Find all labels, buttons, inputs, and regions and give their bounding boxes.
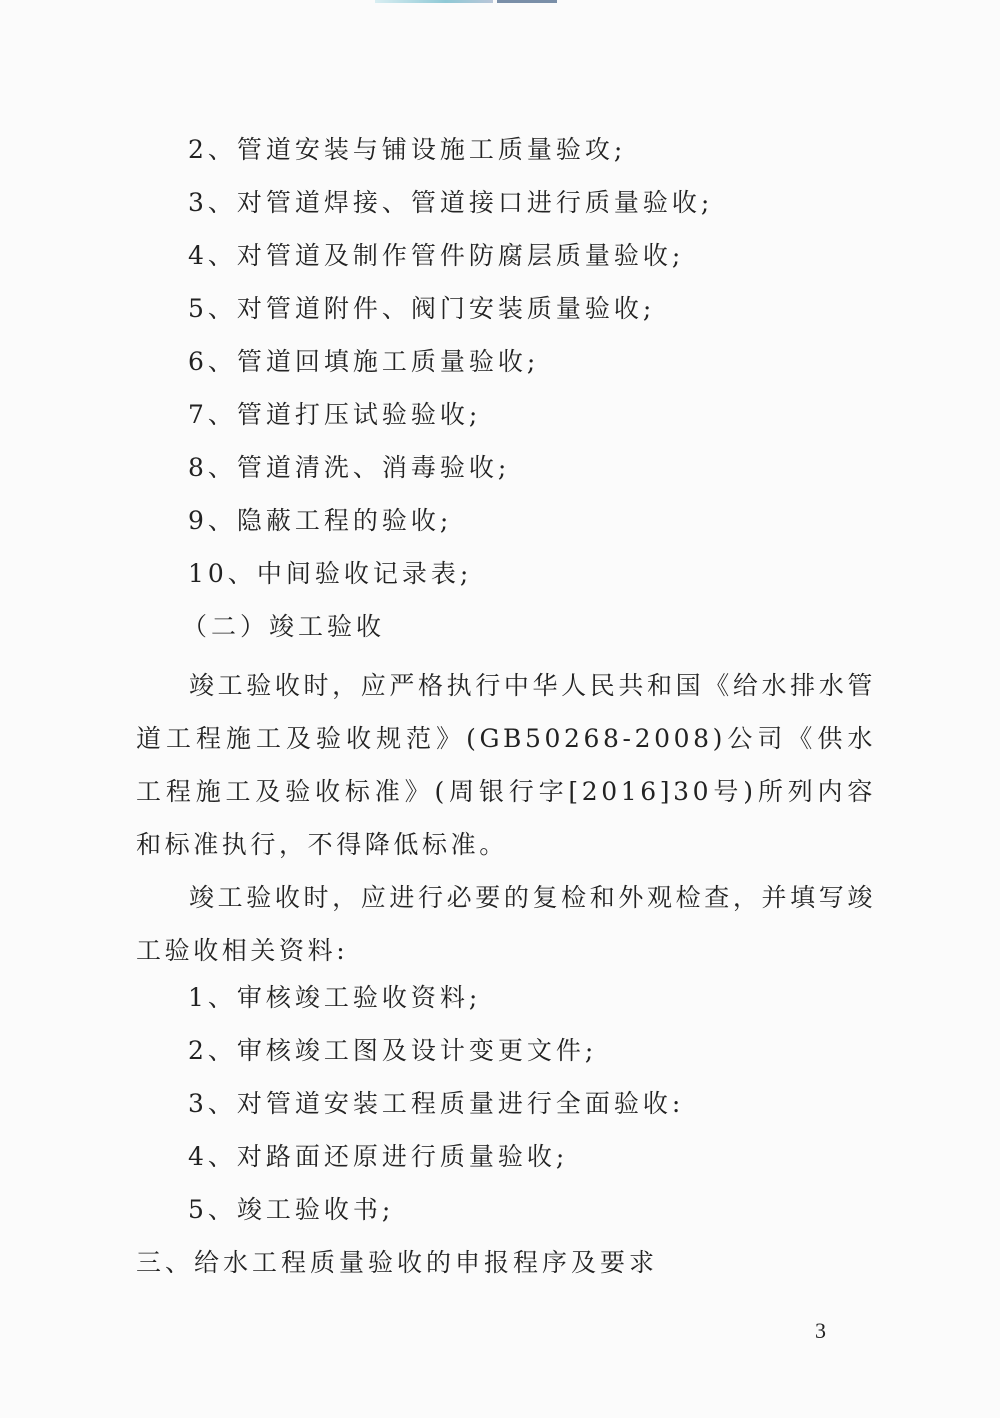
list-item-text: 对管道及制作管件防腐层质量验收;: [237, 241, 684, 270]
list-item-number: 5、: [188, 294, 237, 323]
list-item: 5、竣工验收书;: [188, 1195, 394, 1225]
list-item-text: 管道回填施工质量验收;: [237, 347, 539, 376]
list-item-number: 9、: [188, 506, 237, 535]
list-item: 10、中间验收记录表;: [188, 559, 472, 589]
page-number: 3: [815, 1318, 826, 1344]
list-item-number: 1、: [188, 983, 237, 1012]
list-item-number: 2、: [188, 1036, 237, 1065]
list-item: 2、管道安装与铺设施工质量验攻;: [188, 135, 626, 165]
list-item-text: 审核竣工图及设计变更文件;: [237, 1036, 597, 1065]
list-item-text: 竣工验收书;: [237, 1195, 394, 1224]
list-item-number: 4、: [188, 241, 237, 270]
list-item: 5、对管道附件、阀门安装质量验收;: [188, 294, 655, 324]
section-heading: 三、给水工程质量验收的申报程序及要求: [136, 1248, 658, 1278]
list-item: 3、对管道安装工程质量进行全面验收:: [188, 1089, 684, 1119]
list-item-text: 隐蔽工程的验收;: [237, 506, 452, 535]
list-item-number: 3、: [188, 1089, 237, 1118]
list-item: 3、对管道焊接、管道接口进行质量验收;: [188, 188, 713, 218]
list-item-text: 对管道附件、阀门安装质量验收;: [237, 294, 655, 323]
list-item: 9、隐蔽工程的验收;: [188, 506, 452, 536]
body-paragraph: 竣工验收时，应严格执行中华人民共和国《给水排水管道工程施工及验收规范》(GB50…: [136, 659, 876, 871]
scan-edge-strip: [497, 0, 557, 3]
subsection-heading: （二）竣工验收: [182, 612, 385, 642]
body-paragraph: 竣工验收时，应进行必要的复检和外观检查，并填写竣工验收相关资料:: [136, 871, 876, 977]
list-item-number: 10、: [188, 559, 257, 588]
list-item-number: 6、: [188, 347, 237, 376]
list-item: 4、对管道及制作管件防腐层质量验收;: [188, 241, 684, 271]
list-item-number: 7、: [188, 400, 237, 429]
list-item-number: 3、: [188, 188, 237, 217]
list-item-text: 对管道安装工程质量进行全面验收:: [237, 1089, 684, 1118]
list-item-number: 4、: [188, 1142, 237, 1171]
list-item: 8、管道清洗、消毒验收;: [188, 453, 510, 483]
list-item: 6、管道回填施工质量验收;: [188, 347, 539, 377]
list-item: 1、审核竣工验收资料;: [188, 983, 481, 1013]
list-item-text: 中间验收记录表;: [257, 559, 472, 588]
list-item-number: 2、: [188, 135, 237, 164]
list-item-text: 管道打压试验验收;: [237, 400, 481, 429]
list-item: 2、审核竣工图及设计变更文件;: [188, 1036, 597, 1066]
list-item-number: 8、: [188, 453, 237, 482]
list-item-number: 5、: [188, 1195, 237, 1224]
list-item-text: 管道清洗、消毒验收;: [237, 453, 510, 482]
list-item-text: 审核竣工验收资料;: [237, 983, 481, 1012]
scan-edge-strip: [375, 0, 493, 3]
list-item-text: 管道安装与铺设施工质量验攻;: [237, 135, 626, 164]
list-item-text: 对管道焊接、管道接口进行质量验收;: [237, 188, 713, 217]
list-item: 4、对路面还原进行质量验收;: [188, 1142, 568, 1172]
list-item-text: 对路面还原进行质量验收;: [237, 1142, 568, 1171]
list-item: 7、管道打压试验验收;: [188, 400, 481, 430]
